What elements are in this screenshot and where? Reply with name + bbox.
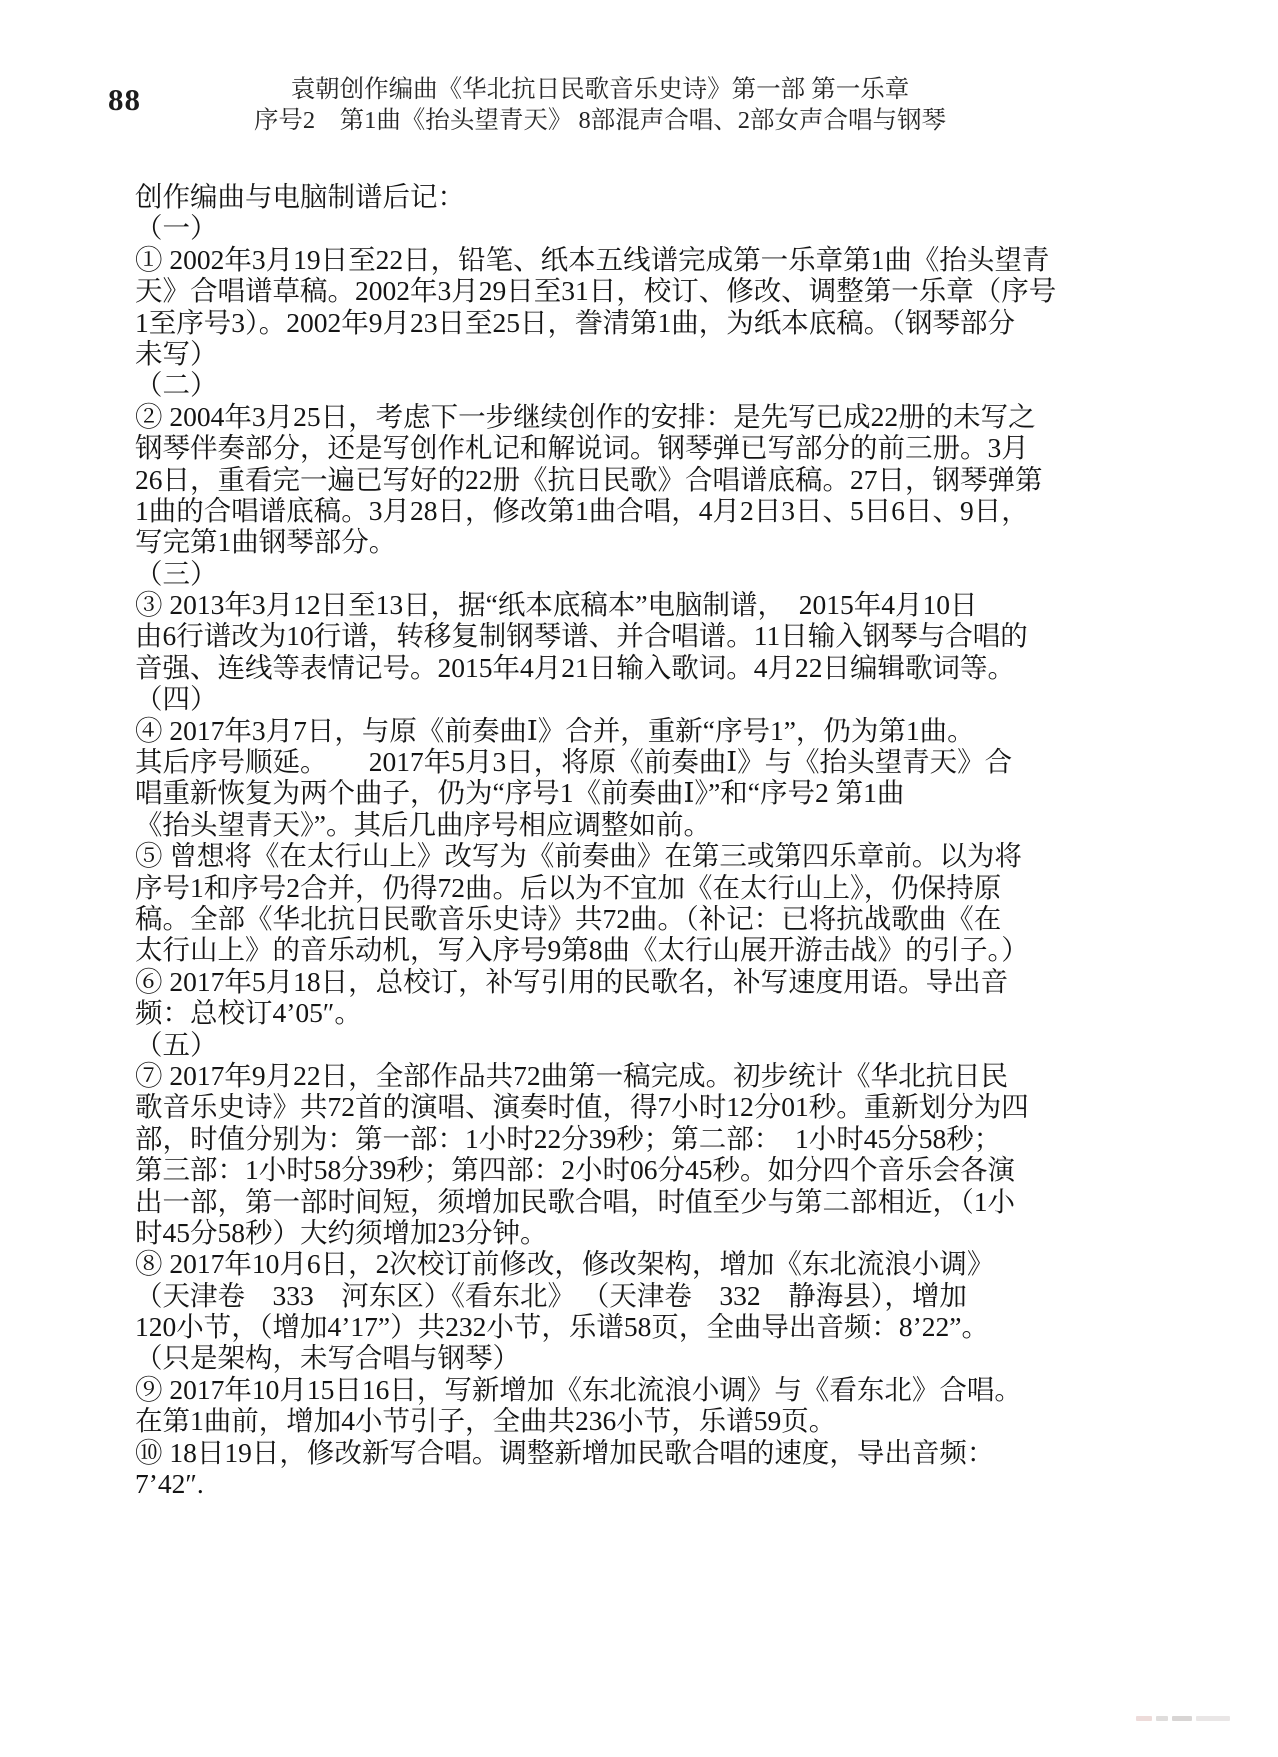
text-line: 1曲的合唱谱底稿。3月28日，修改第1曲合唱，4月2日3日、5日6日、9日， — [135, 495, 1065, 526]
text-line: （一） — [135, 212, 1065, 243]
text-line: 写完第1曲钢琴部分。 — [135, 526, 1065, 557]
text-line: （四） — [135, 683, 1065, 714]
text-line: （二） — [135, 369, 1065, 400]
text-line: 其后序号顺延。 2017年5月3日，将原《前奏曲Ⅰ》与《抬头望青天》合 — [135, 746, 1065, 777]
body-text-block: 创作编曲与电脑制谱后记：（一）① 2002年3月19日至22日，铅笔、纸本五线谱… — [135, 181, 1065, 1499]
text-line: 唱重新恢复为两个曲子，仍为“序号1《前奏曲Ⅰ》”和“序号2 第1曲 — [135, 777, 1065, 808]
text-line: （天津卷 333 河东区）《看东北》 （天津卷 332 静海县），增加 — [135, 1280, 1065, 1311]
text-line: 26日，重看完一遍已写好的22册《抗日民歌》合唱谱底稿。27日，钢琴弹第 — [135, 464, 1065, 495]
text-line: （五） — [135, 1029, 1065, 1060]
text-line: ② 2004年3月25日，考虑下一步继续创作的安排：是先写已成22册的未写之 — [135, 401, 1065, 432]
text-line: 序号1和序号2合并，仍得72曲。后以为不宜加《在太行山上》，仍保持原 — [135, 872, 1065, 903]
text-line: 歌音乐史诗》共72首的演唱、演奏时值，得7小时12分01秒。重新划分为四 — [135, 1091, 1065, 1122]
text-line: ⑥ 2017年5月18日，总校订，补写引用的民歌名，补写速度用语。导出音 — [135, 966, 1065, 997]
text-line: ① 2002年3月19日至22日，铅笔、纸本五线谱完成第一乐章第1曲《抬头望青 — [135, 244, 1065, 275]
text-line: ③ 2013年3月12日至13日，据“纸本底稿本”电脑制谱， 2015年4月10… — [135, 589, 1065, 620]
text-line: 钢琴伴奏部分，还是写创作札记和解说词。钢琴弹已写部分的前三册。3月 — [135, 432, 1065, 463]
header-title-line1: 袁朝创作编曲《华北抗日民歌音乐史诗》第一部 第一乐章 — [140, 74, 1060, 105]
text-line: （只是架构，未写合唱与钢琴） — [135, 1342, 1065, 1373]
text-line: 7’42″. — [135, 1468, 1065, 1499]
text-line: ④ 2017年3月7日，与原《前奏曲Ⅰ》合并，重新“序号1”，仍为第1曲。 — [135, 715, 1065, 746]
text-line: ⑧ 2017年10月6日，2次校订前修改，修改架构，增加《东北流浪小调》 — [135, 1248, 1065, 1279]
page-header: 袁朝创作编曲《华北抗日民歌音乐史诗》第一部 第一乐章 序号2 第1曲《抬头望青天… — [140, 74, 1060, 136]
text-line: 太行山上》的音乐动机，写入序号9第8曲《太行山展开游击战》的引子。） — [135, 934, 1065, 965]
text-line: 《抬头望青天》”。其后几曲序号相应调整如前。 — [135, 809, 1065, 840]
text-line: 在第1曲前，增加4小节引子，全曲共236小节，乐谱59页。 — [135, 1405, 1065, 1436]
page-number: 88 — [108, 82, 141, 118]
text-line: 创作编曲与电脑制谱后记： — [135, 181, 1065, 212]
text-line: 部，时值分别为：第一部：1小时22分39秒；第二部： 1小时45分58秒； — [135, 1123, 1065, 1154]
document-page: 88 袁朝创作编曲《华北抗日民歌音乐史诗》第一部 第一乐章 序号2 第1曲《抬头… — [0, 0, 1278, 1757]
text-line: （三） — [135, 558, 1065, 589]
text-line: 频：总校订4’05″。 — [135, 997, 1065, 1028]
text-line: 天》合唱谱草稿。2002年3月29日至31日，校订、修改、调整第一乐章（序号 — [135, 275, 1065, 306]
text-line: 1至序号3）。2002年9月23日至25日，誊清第1曲，为纸本底稿。（钢琴部分 — [135, 307, 1065, 338]
text-line: 时45分58秒）大约须增加23分钟。 — [135, 1217, 1065, 1248]
text-line: 120小节，（增加4’17”）共232小节，乐谱58页，全曲导出音频：8’22”… — [135, 1311, 1065, 1342]
watermark — [1136, 1712, 1244, 1724]
text-line: ⑦ 2017年9月22日，全部作品共72曲第一稿完成。初步统计《华北抗日民 — [135, 1060, 1065, 1091]
text-line: 第三部：1小时58分39秒；第四部：2小时06分45秒。如分四个音乐会各演 — [135, 1154, 1065, 1185]
text-line: 由6行谱改为10行谱，转移复制钢琴谱、并合唱谱。11日输入钢琴与合唱的 — [135, 620, 1065, 651]
text-line: 稿。全部《华北抗日民歌音乐史诗》共72曲。（补记：已将抗战歌曲《在 — [135, 903, 1065, 934]
text-line: 未写） — [135, 338, 1065, 369]
text-line: 出一部，第一部时间短，须增加民歌合唱，时值至少与第二部相近，（1小 — [135, 1186, 1065, 1217]
text-line: 音强、连线等表情记号。2015年4月21日输入歌词。4月22日编辑歌词等。 — [135, 652, 1065, 683]
text-line: ⑩ 18日19日，修改新写合唱。调整新增加民歌合唱的速度，导出音频： — [135, 1437, 1065, 1468]
header-title-line2: 序号2 第1曲《抬头望青天》 8部混声合唱、2部女声合唱与钢琴 — [140, 105, 1060, 136]
text-line: ⑤ 曾想将《在太行山上》改写为《前奏曲》在第三或第四乐章前。以为将 — [135, 840, 1065, 871]
text-line: ⑨ 2017年10月15日16日，写新增加《东北流浪小调》与《看东北》合唱。 — [135, 1374, 1065, 1405]
